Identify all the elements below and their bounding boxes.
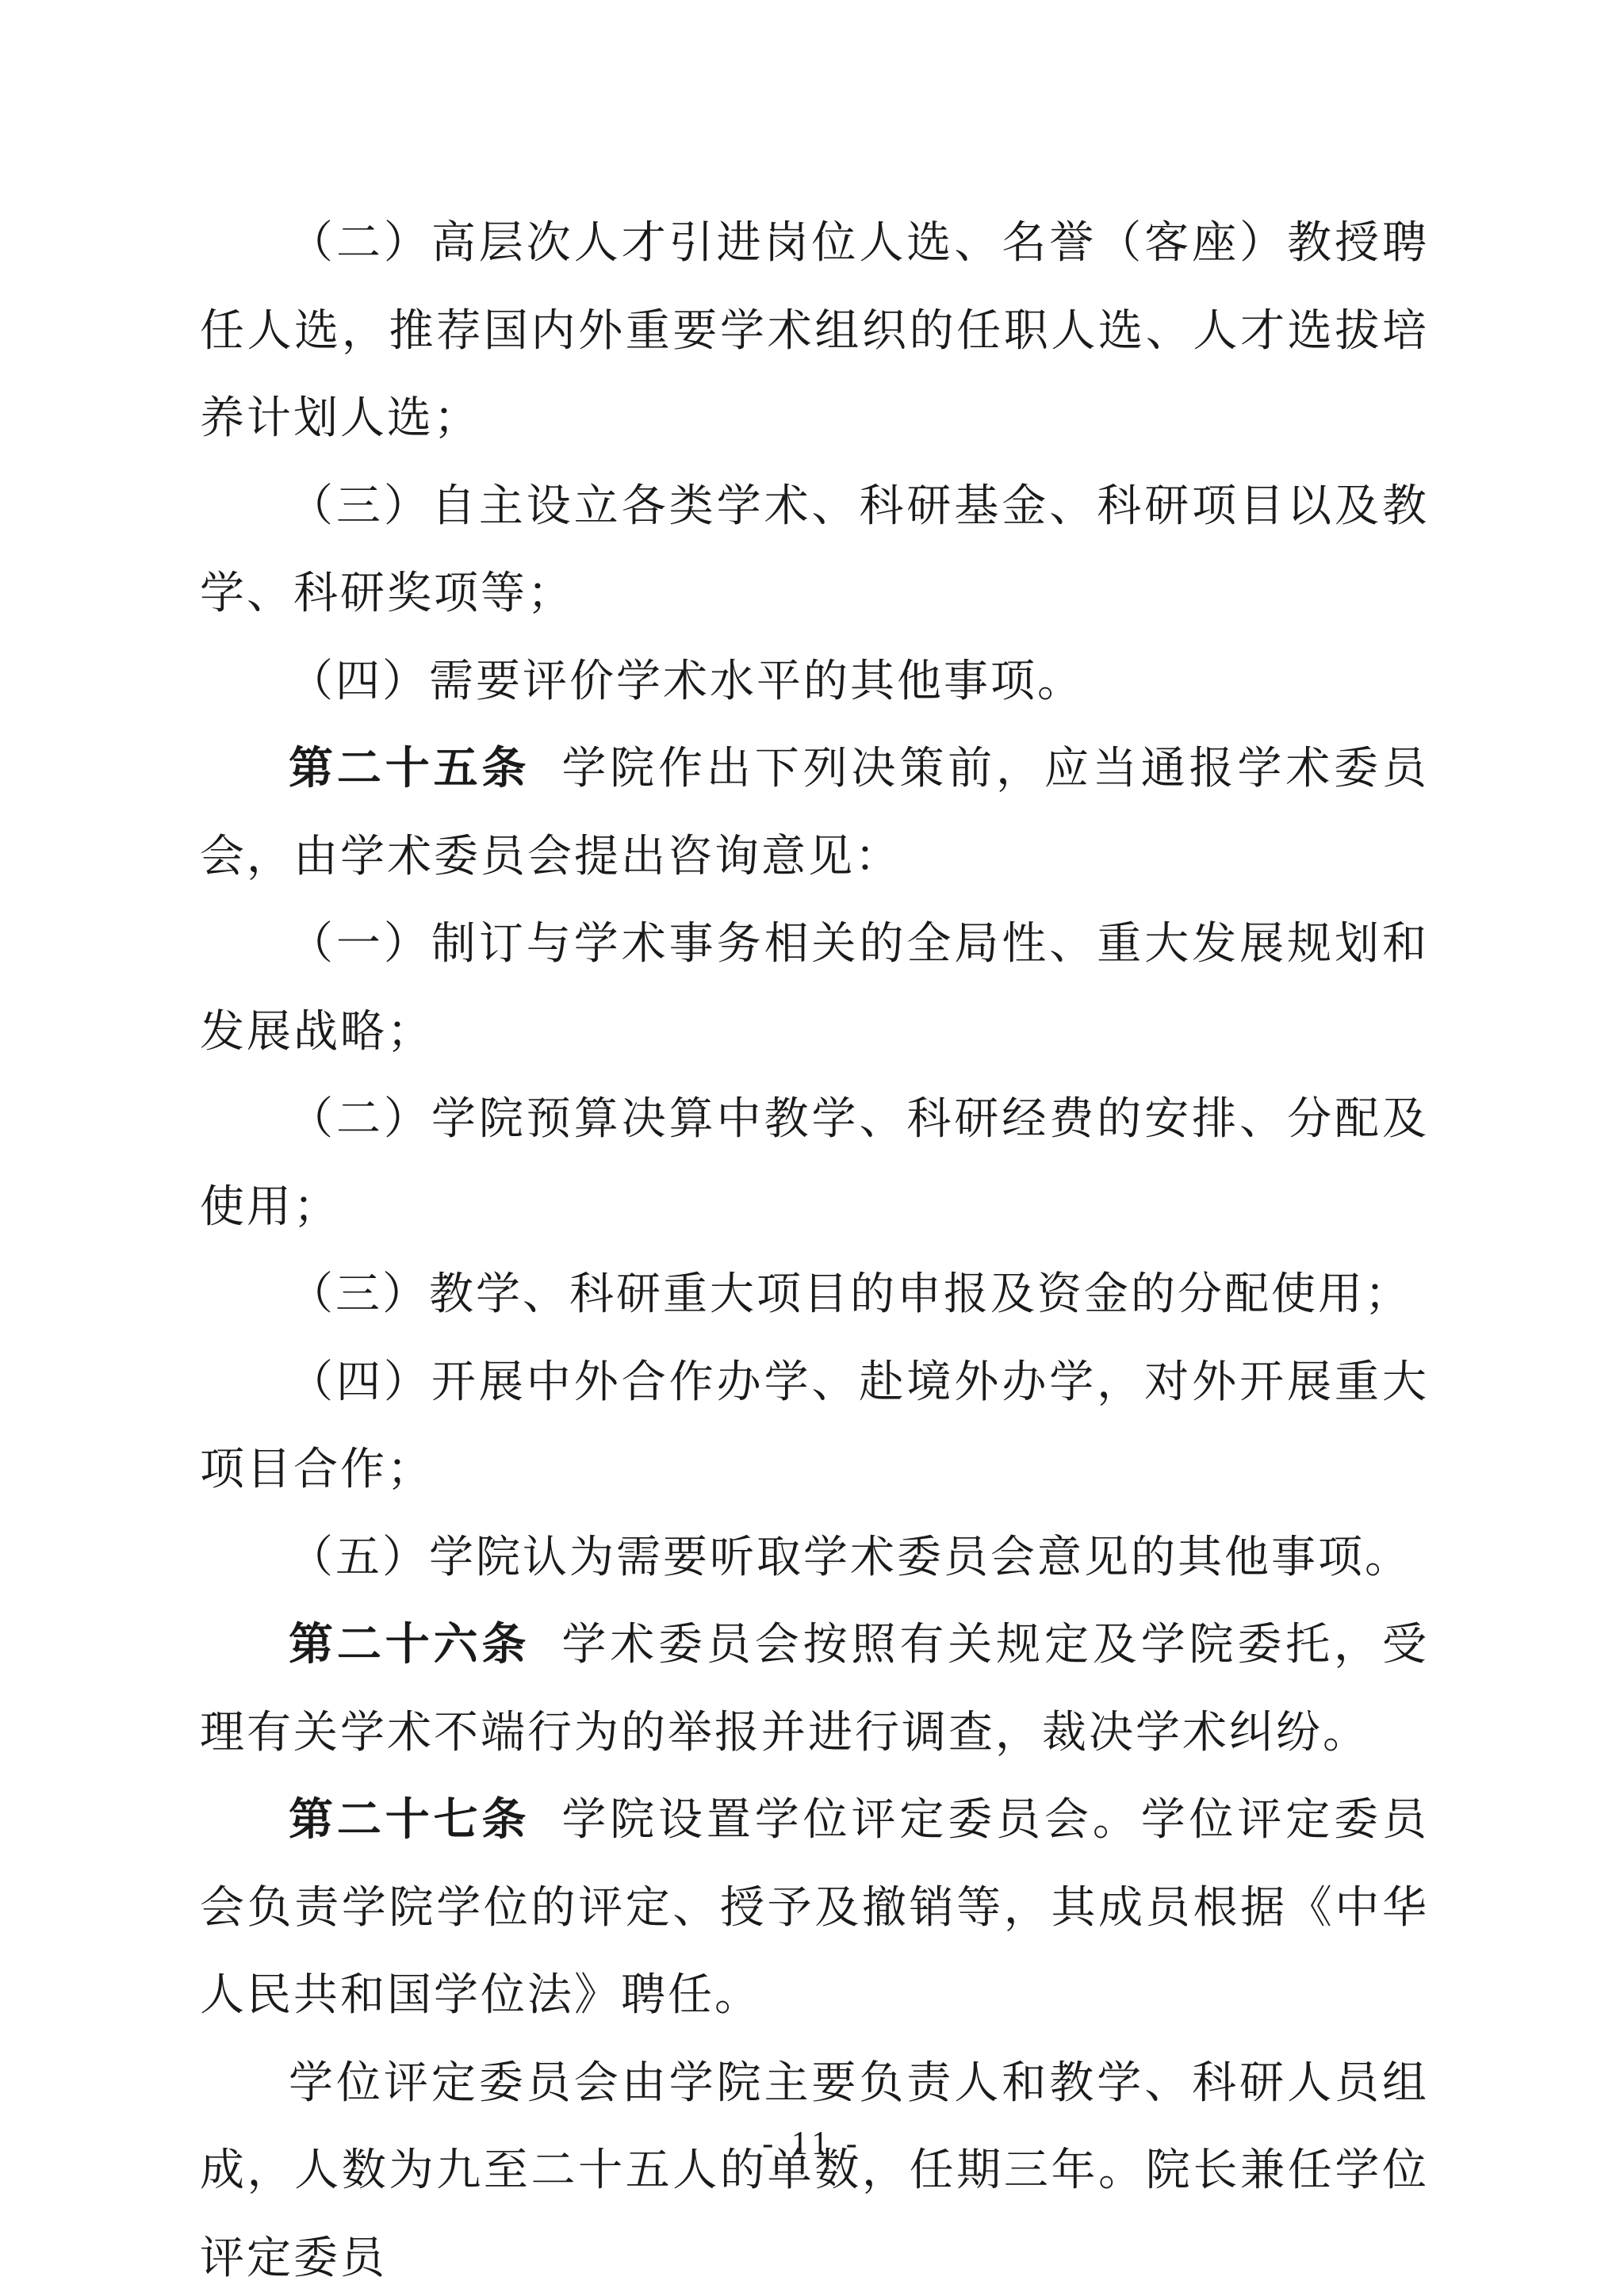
paragraph-text: （三）教学、科研重大项目的申报及资金的分配使用； (289, 1269, 1411, 1320)
paragraph-text: （二）学院预算决算中教学、科研经费的安排、分配及使用； (200, 1093, 1429, 1233)
article-25-item-5: （五）学院认为需要听取学术委员会意见的其他事项。 (200, 1514, 1429, 1602)
article-25: 第二十五条学院作出下列决策前，应当通报学术委员会，由学术委员会提出咨询意见： (200, 725, 1429, 901)
document-page: （二）高层次人才引进岗位人选、名誉（客座）教授聘任人选，推荐国内外重要学术组织的… (0, 0, 1624, 2296)
paragraph-text: （一）制订与学术事务相关的全局性、重大发展规划和发展战略； (200, 918, 1429, 1058)
article-label: 第二十五条 (289, 743, 530, 794)
article-25-item-2: （二）学院预算决算中教学、科研经费的安排、分配及使用； (200, 1076, 1429, 1251)
article-25-item-1: （一）制订与学术事务相关的全局性、重大发展规划和发展战略； (200, 901, 1429, 1076)
article-25-item-3: （三）教学、科研重大项目的申报及资金的分配使用； (200, 1251, 1429, 1339)
paragraph-text: （四）需要评价学术水平的其他事项。 (289, 656, 1084, 707)
document-body: （二）高层次人才引进岗位人选、名誉（客座）教授聘任人选，推荐国内外重要学术组织的… (200, 200, 1429, 2296)
article-25-item-4: （四）开展中外合作办学、赴境外办学，对外开展重大项目合作； (200, 1339, 1429, 1514)
article-label: 第二十七条 (289, 1794, 530, 1846)
article-27-para-2: 学位评定委员会由学院主要负责人和教学、科研人员组成，人数为九至二十五人的单数，任… (200, 2040, 1429, 2296)
article-label: 第二十六条 (289, 1619, 530, 1670)
page-number: - 11 - (0, 2125, 1624, 2163)
article-26: 第二十六条学术委员会按照有关规定及学院委托，受理有关学术不端行为的举报并进行调查… (200, 1601, 1429, 1777)
paragraph-text: （五）学院认为需要听取学术委员会意见的其他事项。 (289, 1532, 1411, 1583)
paragraph-text: （二）高层次人才引进岗位人选、名誉（客座）教授聘任人选，推荐国内外重要学术组织的… (200, 217, 1429, 444)
paragraph-item-3: （三）自主设立各类学术、科研基金、科研项目以及教学、科研奖项等； (200, 463, 1429, 638)
paragraph-text: 学位评定委员会由学院主要负责人和教学、科研人员组成，人数为九至二十五人的单数，任… (200, 2057, 1429, 2284)
article-27: 第二十七条学院设置学位评定委员会。学位评定委员会负责学院学位的评定、授予及撤销等… (200, 1777, 1429, 2040)
paragraph-text: （三）自主设立各类学术、科研基金、科研项目以及教学、科研奖项等； (200, 480, 1429, 620)
paragraph-item-4: （四）需要评价学术水平的其他事项。 (200, 638, 1429, 726)
paragraph-item-2: （二）高层次人才引进岗位人选、名誉（客座）教授聘任人选，推荐国内外重要学术组织的… (200, 200, 1429, 463)
paragraph-text: （四）开展中外合作办学、赴境外办学，对外开展重大项目合作； (200, 1357, 1429, 1496)
